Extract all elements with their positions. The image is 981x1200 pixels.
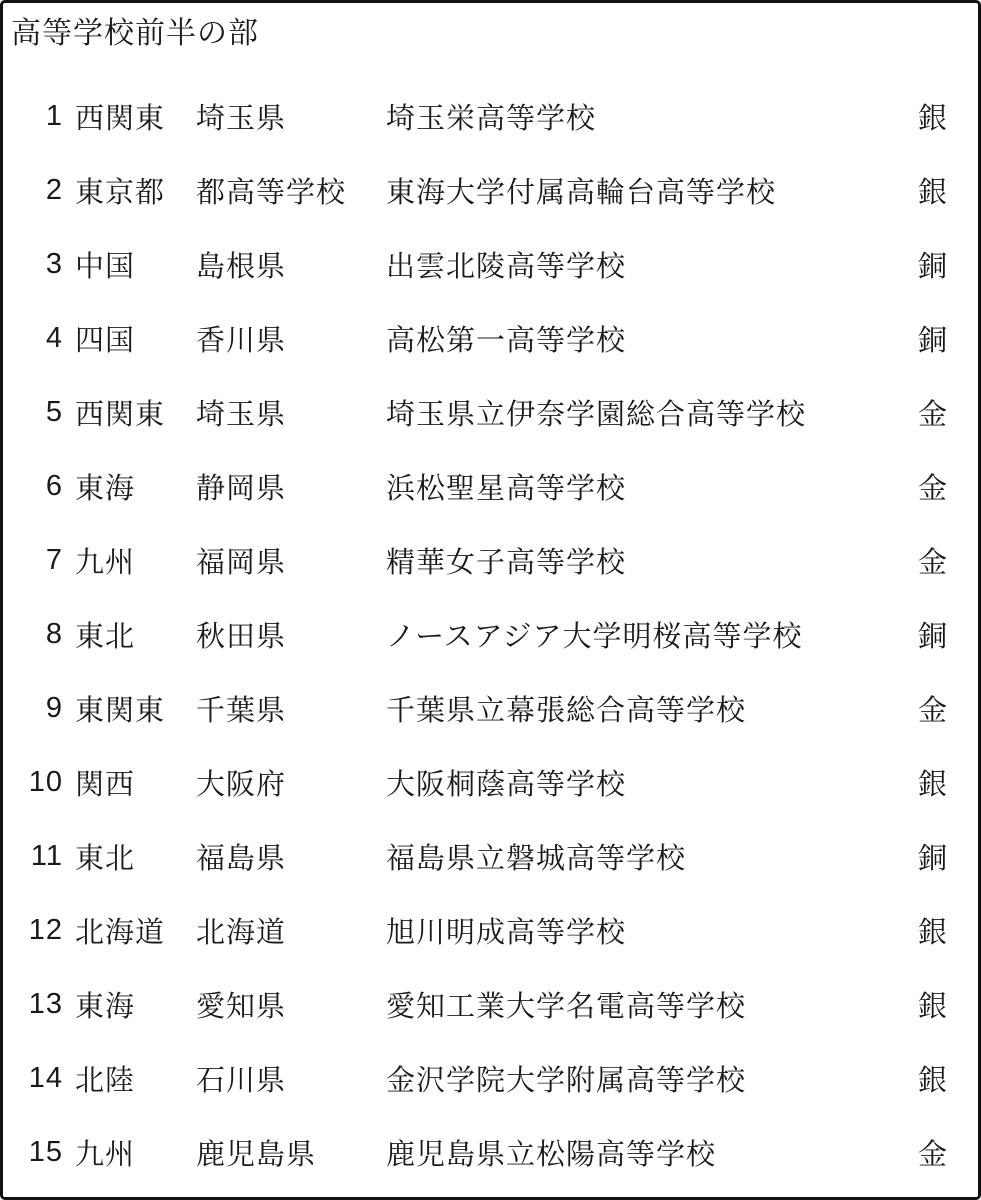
- entry-school: 大阪桐蔭高等学校: [386, 762, 918, 803]
- entry-school: 東海大学付属高輪台高等学校: [386, 170, 918, 211]
- entry-prefecture: 福岡県: [196, 540, 386, 581]
- entry-prefecture: 都高等学校: [196, 170, 386, 211]
- entry-school: 出雲北陵高等学校: [386, 244, 918, 285]
- entry-number: 13: [3, 988, 63, 1021]
- table-row: 3 中国 島根県 出雲北陵高等学校 銅: [3, 227, 978, 301]
- entry-school: 浜松聖星高等学校: [386, 466, 918, 507]
- entry-region: 九州: [63, 540, 196, 581]
- table-row: 4 四国 香川県 高松第一高等学校 銅: [3, 301, 978, 375]
- table-row: 6 東海 静岡県 浜松聖星高等学校 金: [3, 449, 978, 523]
- entry-number: 12: [3, 914, 63, 947]
- entry-number: 14: [3, 1062, 63, 1095]
- table-row: 14 北陸 石川県 金沢学院大学附属高等学校 銀: [3, 1041, 978, 1115]
- entry-school: 精華女子高等学校: [386, 540, 918, 581]
- entry-region: 東海: [63, 984, 196, 1025]
- entry-region: 東海: [63, 466, 196, 507]
- entry-number: 6: [3, 470, 63, 503]
- entry-number: 11: [3, 840, 63, 873]
- table-row: 15 九州 鹿児島県 鹿児島県立松陽高等学校 金: [3, 1115, 978, 1189]
- entry-prefecture: 埼玉県: [196, 392, 386, 433]
- table-row: 9 東関東 千葉県 千葉県立幕張総合高等学校 金: [3, 671, 978, 745]
- entry-medal: 銀: [918, 1058, 960, 1099]
- entry-school: ノースアジア大学明桜高等学校: [386, 614, 918, 655]
- entry-medal: 金: [918, 1132, 960, 1173]
- entry-school: 愛知工業大学名電高等学校: [386, 984, 918, 1025]
- entry-school: 鹿児島県立松陽高等学校: [386, 1132, 918, 1173]
- document-page: 高等学校前半の部 1 西関東 埼玉県 埼玉栄高等学校 銀 2 東京都 都高等学校…: [0, 0, 981, 1200]
- entry-medal: 銅: [918, 614, 960, 655]
- entry-school: 千葉県立幕張総合高等学校: [386, 688, 918, 729]
- entry-region: 西関東: [63, 392, 196, 433]
- entry-prefecture: 北海道: [196, 910, 386, 951]
- entry-region: 東北: [63, 614, 196, 655]
- entry-number: 7: [3, 544, 63, 577]
- table-row: 2 東京都 都高等学校 東海大学付属高輪台高等学校 銀: [3, 153, 978, 227]
- table-row: 1 西関東 埼玉県 埼玉栄高等学校 銀: [3, 79, 978, 153]
- entry-prefecture: 大阪府: [196, 762, 386, 803]
- entry-prefecture: 鹿児島県: [196, 1132, 386, 1173]
- entry-number: 3: [3, 248, 63, 281]
- entry-region: 東北: [63, 836, 196, 877]
- entry-number: 8: [3, 618, 63, 651]
- entry-prefecture: 愛知県: [196, 984, 386, 1025]
- entry-school: 高松第一高等学校: [386, 318, 918, 359]
- entry-number: 1: [3, 100, 63, 133]
- entry-medal: 銀: [918, 984, 960, 1025]
- table-row: 7 九州 福岡県 精華女子高等学校 金: [3, 523, 978, 597]
- table-row: 10 関西 大阪府 大阪桐蔭高等学校 銀: [3, 745, 978, 819]
- entry-medal: 銀: [918, 762, 960, 803]
- entry-school: 埼玉県立伊奈学園総合高等学校: [386, 392, 918, 433]
- entry-prefecture: 千葉県: [196, 688, 386, 729]
- entry-prefecture: 福島県: [196, 836, 386, 877]
- entry-region: 東関東: [63, 688, 196, 729]
- entry-number: 10: [3, 766, 63, 799]
- entry-number: 4: [3, 322, 63, 355]
- entry-prefecture: 静岡県: [196, 466, 386, 507]
- entry-region: 北陸: [63, 1058, 196, 1099]
- entry-school: 埼玉栄高等学校: [386, 96, 918, 137]
- entry-school: 福島県立磐城高等学校: [386, 836, 918, 877]
- entry-number: 2: [3, 174, 63, 207]
- entry-region: 北海道: [63, 910, 196, 951]
- table-row: 11 東北 福島県 福島県立磐城高等学校 銅: [3, 819, 978, 893]
- entry-region: 九州: [63, 1132, 196, 1173]
- entry-prefecture: 石川県: [196, 1058, 386, 1099]
- entry-medal: 金: [918, 392, 960, 433]
- entry-region: 中国: [63, 244, 196, 285]
- entry-medal: 金: [918, 688, 960, 729]
- entry-medal: 銀: [918, 910, 960, 951]
- entry-number: 15: [3, 1136, 63, 1169]
- entry-medal: 銅: [918, 244, 960, 285]
- page-title: 高等学校前半の部: [11, 17, 978, 51]
- table-row: 8 東北 秋田県 ノースアジア大学明桜高等学校 銅: [3, 597, 978, 671]
- table-row: 12 北海道 北海道 旭川明成高等学校 銀: [3, 893, 978, 967]
- entry-prefecture: 香川県: [196, 318, 386, 359]
- entry-medal: 金: [918, 466, 960, 507]
- entry-prefecture: 埼玉県: [196, 96, 386, 137]
- table-row: 5 西関東 埼玉県 埼玉県立伊奈学園総合高等学校 金: [3, 375, 978, 449]
- entry-number: 9: [3, 692, 63, 725]
- entry-region: 関西: [63, 762, 196, 803]
- entry-school: 金沢学院大学附属高等学校: [386, 1058, 918, 1099]
- results-table: 1 西関東 埼玉県 埼玉栄高等学校 銀 2 東京都 都高等学校 東海大学付属高輪…: [3, 79, 978, 1189]
- entry-medal: 銅: [918, 836, 960, 877]
- entry-medal: 金: [918, 540, 960, 581]
- entry-medal: 銅: [918, 318, 960, 359]
- entry-prefecture: 島根県: [196, 244, 386, 285]
- entry-region: 西関東: [63, 96, 196, 137]
- entry-medal: 銀: [918, 170, 960, 211]
- entry-region: 四国: [63, 318, 196, 359]
- entry-region: 東京都: [63, 170, 196, 211]
- entry-school: 旭川明成高等学校: [386, 910, 918, 951]
- entry-prefecture: 秋田県: [196, 614, 386, 655]
- table-row: 13 東海 愛知県 愛知工業大学名電高等学校 銀: [3, 967, 978, 1041]
- entry-number: 5: [3, 396, 63, 429]
- entry-medal: 銀: [918, 96, 960, 137]
